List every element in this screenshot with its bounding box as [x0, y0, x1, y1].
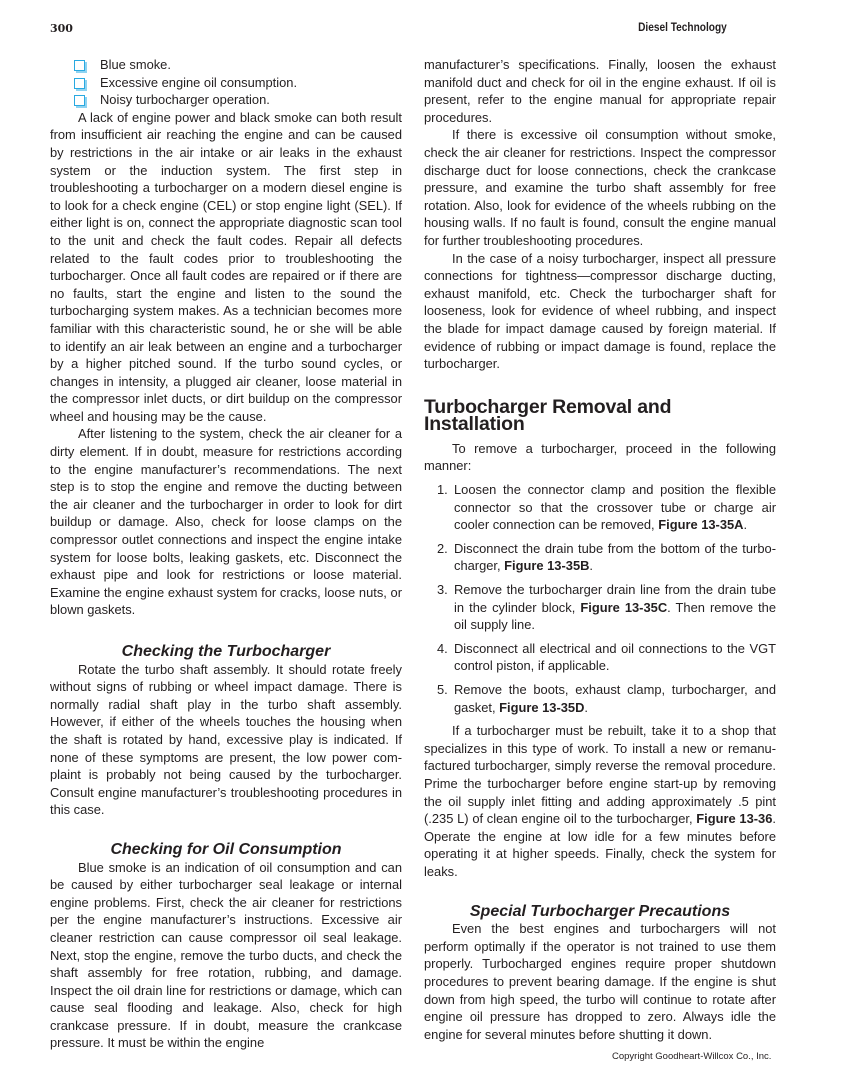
list-item-text: Excessive engine oil consumption.: [100, 75, 297, 90]
copyright-footer: Copyright Goodheart-Willcox Co., Inc.: [612, 1051, 771, 1062]
list-item: Noisy turbocharger operation.: [74, 91, 402, 109]
step-text: Disconnect the drain tube from the botto…: [454, 541, 776, 574]
step-text-end: .: [584, 700, 588, 715]
paragraph-oil-consumption: Blue smoke is an indication of oil consu…: [50, 859, 402, 1053]
symptom-list: Blue smoke. Excessive engine oil consump…: [50, 56, 402, 109]
heading-checking-turbocharger: Checking the Turbocharger: [50, 643, 402, 661]
step-number: 1.: [437, 481, 448, 499]
paragraph-removal-intro: To remove a turbocharger, proceed in the…: [424, 440, 776, 475]
figure-reference: Figure 13-35A: [658, 517, 743, 532]
paragraph-rebuild: If a turbocharger must be rebuilt, take …: [424, 722, 776, 880]
list-item-text: Noisy turbocharger operation.: [100, 92, 270, 107]
step-item: 4.Disconnect all electrical and oil conn…: [424, 640, 776, 675]
step-number: 2.: [437, 540, 448, 558]
paragraph-checking-turbocharger: Rotate the turbo shaft assembly. It shou…: [50, 661, 402, 819]
step-text-end: .: [743, 517, 747, 532]
paragraph-continued: manufacturer’s specifications. Finally, …: [424, 56, 776, 126]
step-text-end: .: [589, 558, 593, 573]
figure-reference: Figure 13-35C: [580, 600, 667, 615]
heading-special-precautions: Special Turbocharger Precautions: [424, 903, 776, 921]
figure-reference: Figure 13-36: [696, 811, 772, 826]
heading-removal-installation: Turbocharger Removal and Installation: [424, 399, 776, 434]
checkbox-square-icon: [74, 60, 85, 71]
checkbox-square-icon: [74, 95, 85, 106]
step-item: 5.Remove the boots, exhaust clamp, turbo…: [424, 681, 776, 716]
paragraph-noisy-turbo: In the case of a noisy turbocharger, ins…: [424, 250, 776, 373]
figure-reference: Figure 13-35D: [499, 700, 584, 715]
step-number: 4.: [437, 640, 448, 658]
heading-oil-consumption: Checking for Oil Consumption: [50, 841, 402, 859]
step-text: Disconnect all electrical and oil connec…: [454, 641, 776, 674]
step-item: 2.Disconnect the drain tube from the bot…: [424, 540, 776, 575]
paragraph-after-listening: After listening to the system, check the…: [50, 425, 402, 619]
step-item: 3.Remove the turbocharger drain line fro…: [424, 581, 776, 634]
removal-steps-list: 1.Loosen the connector clamp and positio…: [424, 481, 776, 716]
list-item: Excessive engine oil consumption.: [74, 74, 402, 92]
page-header: 300 Diesel Technology: [0, 22, 849, 40]
right-column: manufacturer’s specifications. Finally, …: [424, 56, 776, 1043]
checkbox-square-icon: [74, 78, 85, 89]
paragraph-precautions: Even the best engines and turbochargers …: [424, 920, 776, 1043]
paragraph-lack-of-power: A lack of engine power and black smoke c…: [50, 109, 402, 426]
paragraph-excessive-oil: If there is excessive oil consumption wi…: [424, 126, 776, 249]
step-number: 3.: [437, 581, 448, 599]
page-number: 300: [50, 22, 73, 35]
list-item-text: Blue smoke.: [100, 57, 171, 72]
step-item: 1.Loosen the connector clamp and positio…: [424, 481, 776, 534]
left-column: Blue smoke. Excessive engine oil consump…: [50, 56, 402, 1052]
running-title: Diesel Technology: [638, 22, 727, 34]
figure-reference: Figure 13-35B: [504, 558, 589, 573]
list-item: Blue smoke.: [74, 56, 402, 74]
step-number: 5.: [437, 681, 448, 699]
